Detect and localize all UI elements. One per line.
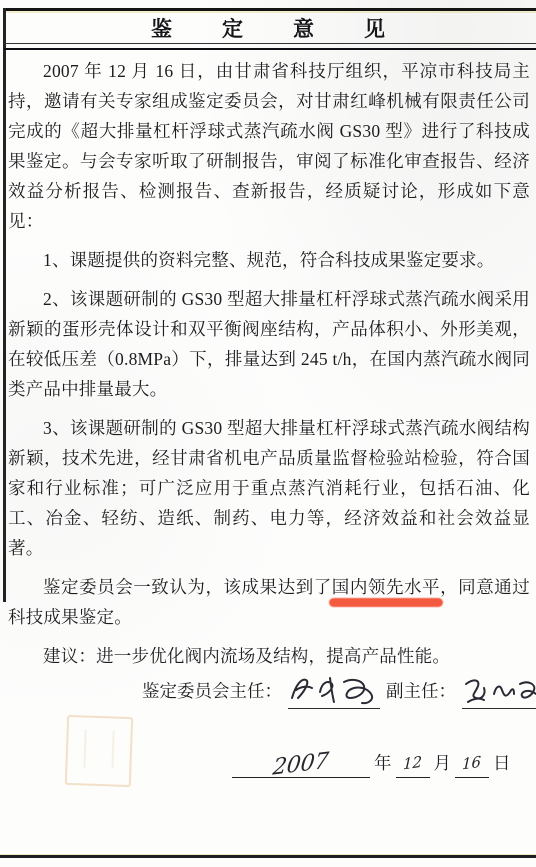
day-underline: 16 xyxy=(455,746,489,778)
handwritten-month: 12 xyxy=(402,746,422,779)
bottom-rule xyxy=(0,855,536,858)
paragraph-conclusion: 鉴定委员会一致认为，该成果达到了国内领先水平，同意通过科技成果鉴定。 xyxy=(8,572,530,632)
paragraph-item-1: 1、课题提供的资料完整、规范，符合科技成果鉴定要求。 xyxy=(8,245,530,275)
vice-signature-strokes xyxy=(462,674,536,708)
conclusion-text-before: 鉴定委员会一致认为，该成果达到了 xyxy=(43,577,332,597)
handwritten-year: 2007 xyxy=(271,746,330,784)
date-line: 2007 年 12 月 16 日 xyxy=(232,746,515,778)
top-rule xyxy=(4,8,536,11)
year-unit: 年 xyxy=(370,748,396,778)
document-body: 2007 年 12 月 16 日，由甘肃省科技厅组织，平凉市科技局主持，邀请有关… xyxy=(8,56,530,671)
document-title: 鉴定意见 xyxy=(0,13,536,43)
handwritten-day: 16 xyxy=(462,746,482,779)
red-underlined-text: 国内领先水平 xyxy=(332,577,440,597)
vice-chairman-label: 副主任： xyxy=(386,675,456,707)
paragraph-intro: 2007 年 12 月 16 日，由甘肃省科技厅组织，平凉市科技局主持，邀请有关… xyxy=(8,56,530,236)
paragraph-item-3: 3、该课题研制的 GS30 型超大排量杠杆浮球式蒸汽疏水阀结构新颖，技术先进，经… xyxy=(8,413,530,563)
day-unit: 日 xyxy=(489,748,515,778)
chairman-label: 鉴定委员会主任： xyxy=(142,675,282,707)
left-border-line xyxy=(3,8,6,602)
vice-chairman-handwritten-signature xyxy=(462,674,536,709)
chairman-handwritten-signature xyxy=(288,674,380,709)
month-unit: 月 xyxy=(430,748,456,778)
title-separator-rule xyxy=(4,43,536,50)
month-underline: 12 xyxy=(396,746,430,778)
scanned-appraisal-document: 鉴定意见 2007 年 12 月 16 日，由甘肃省科技厅组织，平凉市科技局主持… xyxy=(0,0,536,867)
paragraph-suggestion: 建议：进一步优化阀内流场及结构，提高产品性能。 xyxy=(8,641,530,671)
faint-stamp xyxy=(65,715,133,787)
chairman-signature-strokes xyxy=(288,674,380,708)
paragraph-item-2: 2、该课题研制的 GS30 型超大排量杠杆浮球式蒸汽疏水阀采用新颖的蛋形壳体设计… xyxy=(8,284,530,404)
signature-row: 鉴定委员会主任： 副主任： 、 xyxy=(142,672,536,707)
year-underline: 2007 xyxy=(232,747,370,778)
